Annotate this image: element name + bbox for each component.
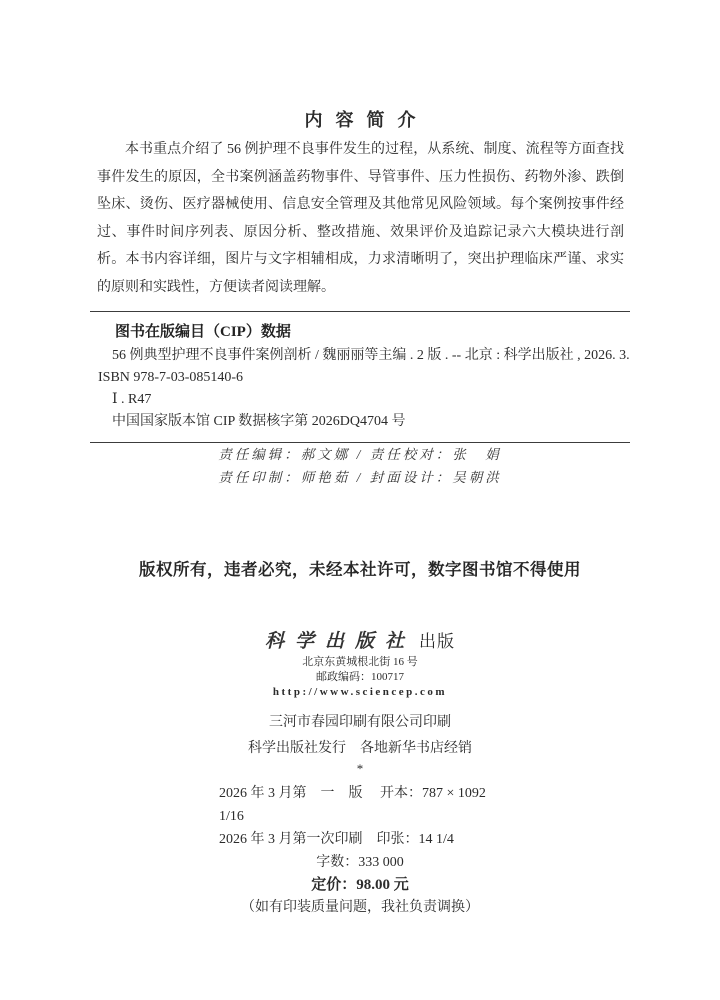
publisher-website: http://www.sciencep.com	[0, 685, 720, 700]
impression-sheets-line: 2026 年 3 月第一次印刷 印张：14 1/4	[219, 828, 501, 851]
copyright-warning: 版权所有，违者必究，未经本社许可，数字图书馆不得使用	[0, 556, 720, 580]
edition-format-line: 2026 年 3 月第 一 版 开本：787 × 1092 1/16	[219, 782, 501, 828]
printer-company-line: 三河市春园印刷有限公司印刷	[0, 714, 720, 732]
cip-book-entry: 56 例典型护理不良事件案例剖析 / 魏丽丽等主编 . 2 版 . -- 北京 …	[90, 345, 630, 367]
science-press-logo: 科学出版社	[265, 631, 415, 652]
book-copyright-page: 内容简介 本书重点介绍了 56 例护理不良事件发生的过程，从系统、制度、流程等方…	[0, 0, 720, 1000]
separator-asterisk: *	[0, 762, 720, 776]
content-intro-paragraph: 本书重点介绍了 56 例护理不良事件发生的过程，从系统、制度、流程等方面查找事件…	[97, 136, 624, 301]
credits-printing-coverdesign-line: 责任印制：师艳茹 / 封面设计：吴朝洪	[0, 466, 720, 489]
content-intro-title: 内容简介	[0, 106, 720, 132]
staff-credits-block: 责任编辑：郝文娜 / 责任校对：张 娟 责任印制：师艳茹 / 封面设计：吴朝洪	[0, 443, 720, 489]
word-count-line: 字数：333 000	[0, 851, 720, 874]
distribution-line: 科学出版社发行 各地新华书店经销	[0, 740, 720, 758]
publisher-address: 北京东黄城根北街 16 号	[0, 655, 720, 670]
cip-classification: Ⅰ . R47	[90, 389, 630, 411]
cip-record-number: 中国国家版本馆 CIP 数据核字第 2026DQ4704 号	[90, 411, 630, 433]
publisher-postcode: 邮政编码：100717	[0, 670, 720, 685]
cip-heading: 图书在版编目（CIP）数据	[90, 321, 630, 343]
cip-data-block: 图书在版编目（CIP）数据 56 例典型护理不良事件案例剖析 / 魏丽丽等主编 …	[90, 311, 630, 443]
colophon-block: 科学出版社 出版 北京东黄城根北街 16 号 邮政编码：100717 http:…	[0, 630, 720, 918]
credits-editor-proofreader-line: 责任编辑：郝文娜 / 责任校对：张 娟	[0, 443, 720, 466]
publisher-logo-line: 科学出版社 出版	[0, 630, 720, 655]
edition-info-block: 2026 年 3 月第 一 版 开本：787 × 1092 1/16 2026 …	[219, 782, 501, 851]
publish-suffix-label: 出版	[419, 632, 455, 651]
cip-isbn: ISBN 978-7-03-085140-6	[90, 367, 630, 389]
quality-exchange-note: （如有印装质量问题，我社负责调换）	[0, 897, 720, 918]
price-line: 定价：98.00 元	[0, 874, 720, 897]
